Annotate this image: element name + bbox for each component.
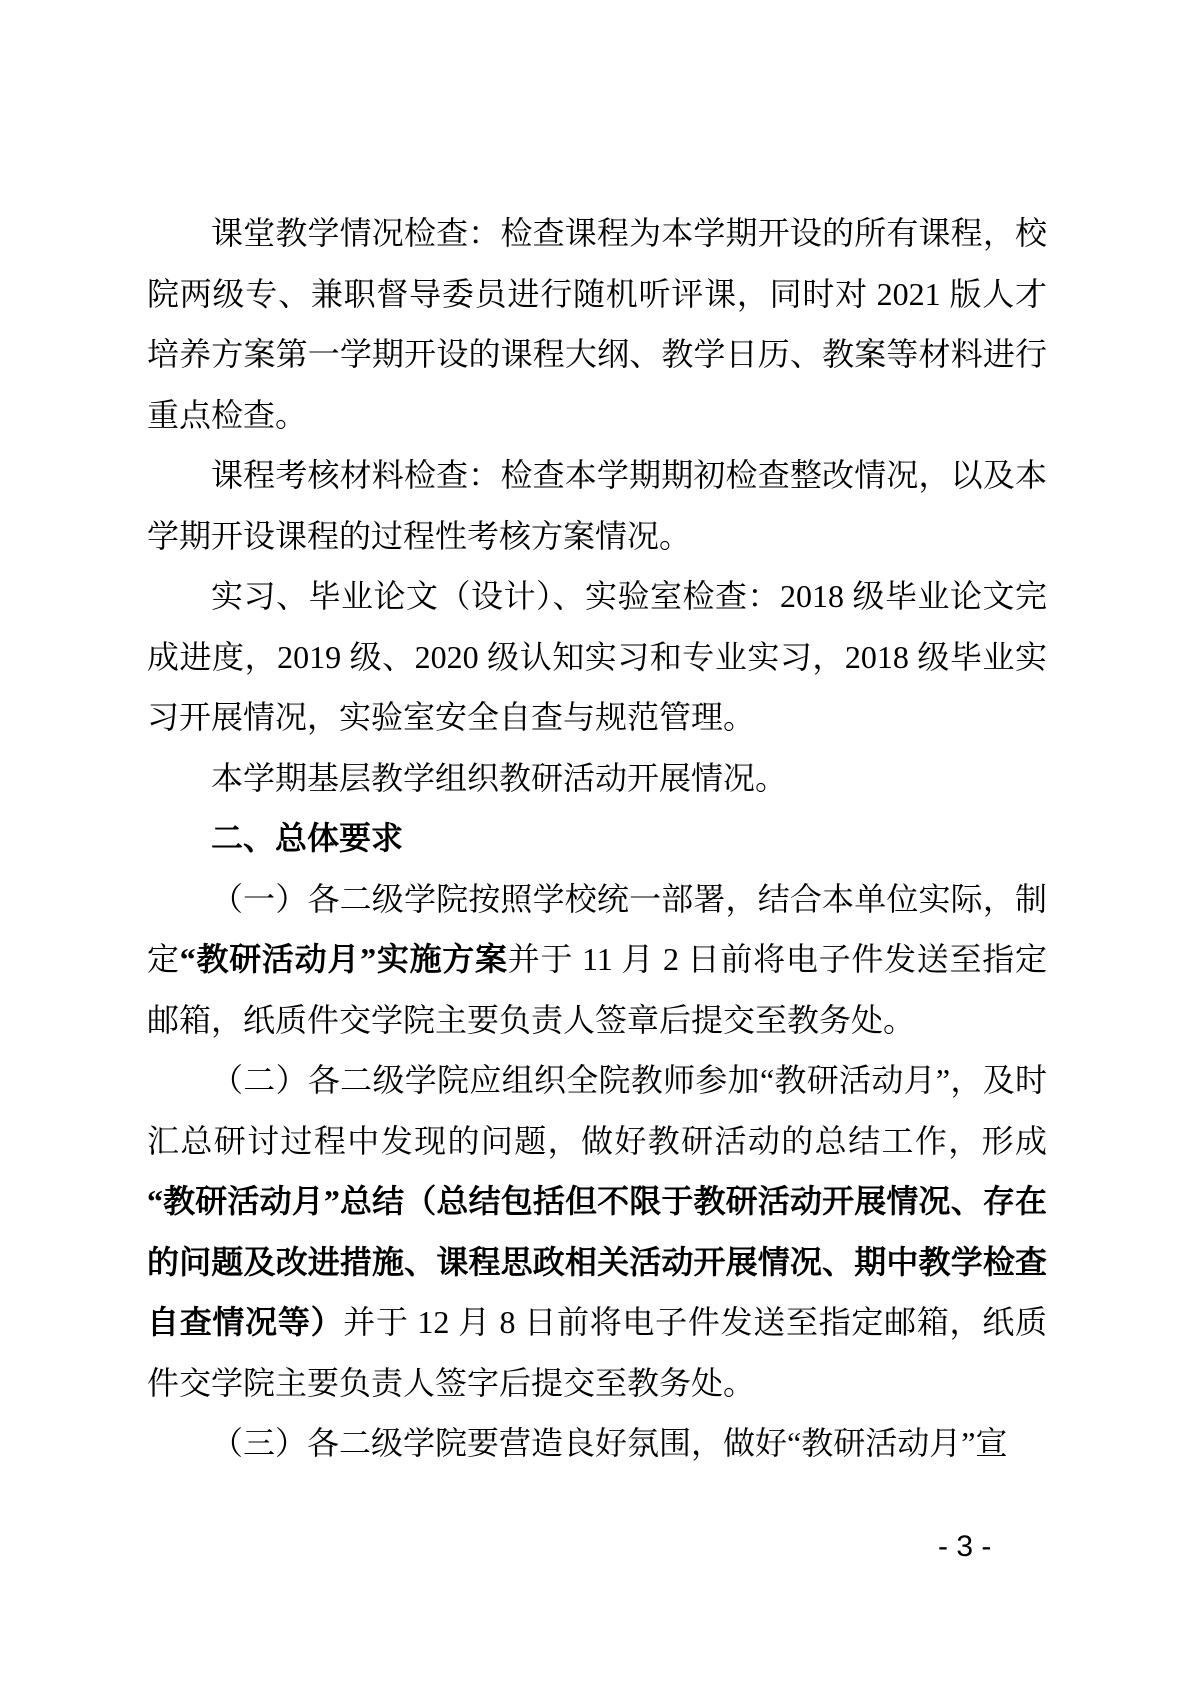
paragraph-text: 课堂教学情况检查：检查课程为本学期开设的所有课程，校院两级专、兼职督导委员进行随… xyxy=(147,215,1047,433)
document-page: 课堂教学情况检查：检查课程为本学期开设的所有课程，校院两级专、兼职督导委员进行随… xyxy=(0,0,1191,1684)
paragraph-item-2-summary: （二）各二级学院应组织全院教师参加“教研活动月”，及时汇总研讨过程中发现的问题，… xyxy=(147,1050,1047,1413)
heading-text: 二、总体要求 xyxy=(211,820,403,856)
paragraph-course-assessment-check: 课程考核材料检查：检查本学期期初检查整改情况，以及本学期开设课程的过程性考核方案… xyxy=(147,445,1047,566)
paragraph-text: （二）各二级学院应组织全院教师参加“教研活动月”，及时汇总研讨过程中发现的问题，… xyxy=(147,1062,1047,1159)
page-number: - 3 - xyxy=(938,1530,991,1564)
paragraph-text: （三）各二级学院要营造良好氛围，做好“教研活动月”宣 xyxy=(211,1425,1007,1461)
paragraph-item-3-atmosphere: （三）各二级学院要营造良好氛围，做好“教研活动月”宣 xyxy=(147,1413,1047,1474)
paragraph-teaching-org-activities: 本学期基层教学组织教研活动开展情况。 xyxy=(147,748,1047,809)
section-heading-overall-requirements: 二、总体要求 xyxy=(147,808,1047,869)
document-body: 课堂教学情况检查：检查课程为本学期开设的所有课程，校院两级专、兼职督导委员进行随… xyxy=(147,203,1047,1474)
paragraph-text-bold: “教研活动月”实施方案 xyxy=(180,941,508,977)
paragraph-text: 课程考核材料检查：检查本学期期初检查整改情况，以及本学期开设课程的过程性考核方案… xyxy=(147,457,1047,554)
paragraph-text: 实习、毕业论文（设计）、实验室检查：2018 级毕业论文完成进度，2019 级、… xyxy=(147,578,1047,735)
paragraph-text: 本学期基层教学组织教研活动开展情况。 xyxy=(211,760,787,796)
paragraph-classroom-teaching-check: 课堂教学情况检查：检查课程为本学期开设的所有课程，校院两级专、兼职督导委员进行随… xyxy=(147,203,1047,445)
paragraph-item-1-implementation-plan: （一）各二级学院按照学校统一部署，结合本单位实际，制定“教研活动月”实施方案并于… xyxy=(147,869,1047,1051)
paragraph-internship-thesis-lab-check: 实习、毕业论文（设计）、实验室检查：2018 级毕业论文完成进度，2019 级、… xyxy=(147,566,1047,748)
